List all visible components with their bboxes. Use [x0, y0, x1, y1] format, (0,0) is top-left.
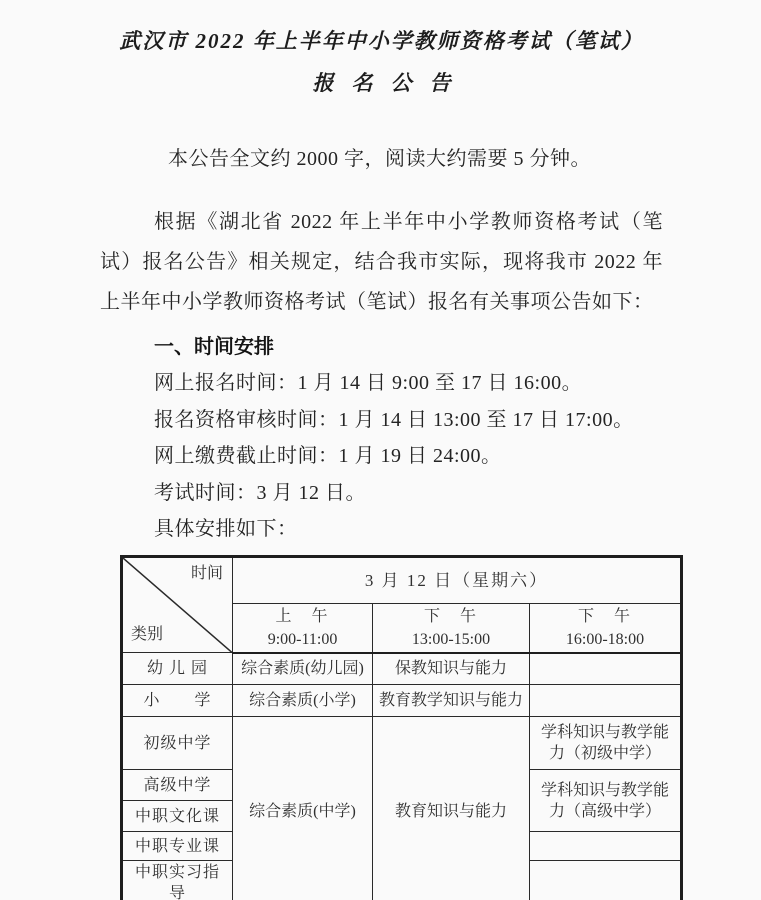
- table-header-row-date: 时间 类别 3 月 12 日（星期六）: [122, 556, 682, 603]
- corner-header-cell: 时间 类别: [122, 556, 233, 653]
- schedule-line-details-follow: 具体安排如下：: [100, 511, 663, 548]
- category-cell: 中职文化课: [122, 801, 233, 832]
- category-cell: 幼 儿 园: [122, 653, 233, 685]
- session-period-label: 下 午: [534, 605, 676, 628]
- session-time-label: 13:00-15:00: [377, 628, 525, 651]
- schedule-line-online-registration: 网上报名时间：1 月 14 日 9:00 至 17 日 16:00。: [100, 365, 663, 402]
- category-cell: 中职专业课: [122, 832, 233, 861]
- subject-cell-empty: [530, 685, 682, 717]
- session-period-label: 上 午: [237, 605, 368, 628]
- intro-paragraph: 根据《湖北省 2022 年上半年中小学教师资格考试（笔试）报名公告》相关规定，结…: [100, 202, 663, 322]
- merged-subject-cell-senior-high: 学科知识与教学能力（高级中学）: [530, 770, 682, 832]
- schedule-line-exam-date: 考试时间：3 月 12 日。: [100, 475, 663, 512]
- session-period-label: 下 午: [377, 605, 525, 628]
- reading-time-note: 本公告全文约 2000 字，阅读大约需要 5 分钟。: [100, 144, 663, 174]
- table-row-primary-school: 小 学 综合素质(小学) 教育教学知识与能力: [122, 685, 682, 717]
- section-heading-time-arrangement: 一、时间安排: [100, 332, 663, 362]
- schedule-line-qualification-review: 报名资格审核时间：1 月 14 日 13:00 至 17 日 17:00。: [100, 402, 663, 439]
- session-time-label: 16:00-18:00: [534, 628, 676, 651]
- corner-label-category: 类别: [131, 624, 163, 645]
- merged-subject-cell-education-knowledge: 教育知识与能力: [373, 717, 530, 900]
- subject-cell: 综合素质(幼儿园): [233, 653, 373, 685]
- session-header-afternoon1: 下 午 13:00-15:00: [373, 603, 530, 653]
- category-cell: 中职实习指导: [122, 861, 233, 900]
- merged-subject-cell-comprehensive-quality: 综合素质(中学): [233, 717, 373, 900]
- session-header-morning: 上 午 9:00-11:00: [233, 603, 373, 653]
- doc-title-line1: 武汉市 2022 年上半年中小学教师资格考试（笔试）: [100, 26, 663, 56]
- session-header-afternoon2: 下 午 16:00-18:00: [530, 603, 682, 653]
- subject-cell: 保教知识与能力: [373, 653, 530, 685]
- session-time-label: 9:00-11:00: [237, 628, 368, 651]
- category-cell: 初级中学: [122, 717, 233, 770]
- category-cell: 小 学: [122, 685, 233, 717]
- subject-cell: 教育教学知识与能力: [373, 685, 530, 717]
- subject-cell-empty: [530, 832, 682, 861]
- date-header-cell: 3 月 12 日（星期六）: [233, 556, 682, 603]
- table-row-kindergarten: 幼 儿 园 综合素质(幼儿园) 保教知识与能力: [122, 653, 682, 685]
- corner-label-time: 时间: [191, 563, 223, 584]
- subject-cell: 学科知识与教学能力（初级中学）: [530, 717, 682, 770]
- subject-cell-empty: [530, 653, 682, 685]
- subject-cell: 综合素质(小学): [233, 685, 373, 717]
- doc-title-line2: 报名公告: [100, 68, 663, 98]
- exam-schedule-table: 时间 类别 3 月 12 日（星期六） 上 午 9:00-11:00 下 午 1…: [120, 555, 683, 900]
- schedule-line-payment-deadline: 网上缴费截止时间：1 月 19 日 24:00。: [100, 438, 663, 475]
- subject-cell-empty: [530, 861, 682, 900]
- category-cell: 高级中学: [122, 770, 233, 801]
- schedule-list: 网上报名时间：1 月 14 日 9:00 至 17 日 16:00。 报名资格审…: [100, 365, 663, 548]
- table-row-junior-high: 初级中学 综合素质(中学) 教育知识与能力 学科知识与教学能力（初级中学）: [122, 717, 682, 770]
- announcement-document: 武汉市 2022 年上半年中小学教师资格考试（笔试） 报名公告 本公告全文约 2…: [0, 0, 761, 900]
